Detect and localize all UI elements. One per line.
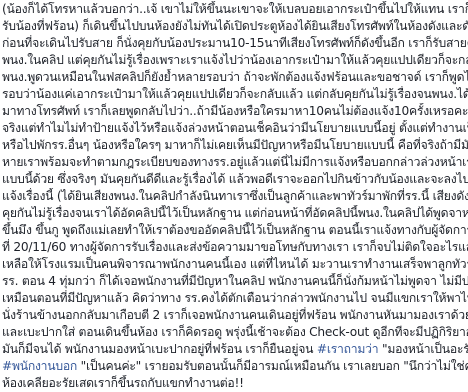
post-body: (น้องก็ได้โทรหาแล้วบอกว่า..เจ้ เขาไม่ให้… — [2, 1, 468, 358]
post-text-line: หายเราพร้อมจะทำตามกฎระเบียบของทางรร.อยู่… — [2, 154, 468, 171]
post-text-line: มันก็มีจนได้ พนักงานมองหน้าเบะปากอยู่ที่… — [2, 341, 468, 358]
post-text-segment: นั่งร้านข้างนอกกลับมาเกือบตี 2 เราก็เจอพ… — [2, 308, 468, 322]
post-text-segment: รับน้องที่ฟร้อน) ก็เดินขึ้นไปบนห้องยังไม… — [2, 19, 468, 33]
post-text-segment: แบบนี้ด้วย ซึ่งจริงๆ มันคุยกันดีดีและรู้… — [2, 172, 468, 186]
post-text-line: เหมือนตอนที่มีปัญหาแล้ว คิดว่าทาง รร.คงไ… — [2, 290, 468, 307]
post-text-line: คุยกันไม่รู้เรื่องจนเราได้อัดคลิปนี้ไว้เ… — [2, 205, 468, 222]
post-text-segment: มาทางโทรศัพท์ เราก็เลยพูดกลับไปว่า..ถ้าม… — [2, 104, 468, 118]
post-text-line: รับน้องที่ฟร้อน) ก็เดินขึ้นไปบนห้องยังไม… — [2, 18, 468, 35]
post-text-segment: หรือไปพักรร.อื่นๆ น้องหรือใครๆ มาหาก็ไม่… — [2, 138, 468, 152]
post-text-segment: แจ้งเรื่องนี้ (ได้ยินเสียงพนง.ในคลิปกำลั… — [2, 189, 468, 203]
post-text-line: รอบว่าน้องแค่เอากระเป๋ามาให้แล้วคุยแปปเด… — [2, 86, 468, 103]
post-text-segment: คุยกันไม่รู้เรื่องจนเราได้อัดคลิปนี้ไว้เ… — [2, 206, 468, 220]
post-text-segment: เหมือนตอนที่มีปัญหาแล้ว คิดว่าทาง รร.คงไ… — [2, 291, 468, 305]
post-text-line: นั่งร้านข้างนอกกลับมาเกือบตี 2 เราก็เจอพ… — [2, 307, 468, 324]
post-text-line: รร. ตอน 4 ทุ่มกว่า ก็ได้เจอพนักงานที่มีป… — [2, 273, 468, 290]
post-text-line: และเบะปากใส่ ตอนเดินขึ้นห้อง เราก็คิดรอด… — [2, 324, 468, 341]
post-text-segment: มันก็มีจนได้ พนักงานมองหน้าเบะปากอยู่ที่… — [2, 342, 317, 356]
post-text-segment: เหลือให้โรงแรมเป็นคนพิจารณาพนักงานคนนี้เ… — [2, 257, 468, 271]
post-text-line: หรือไปพักรร.อื่นๆ น้องหรือใครๆ มาหาก็ไม่… — [2, 137, 468, 154]
post-text-segment: รร. ตอน 4 ทุ่มกว่า ก็ได้เจอพนักงานที่มีป… — [2, 274, 468, 288]
post-text-line: เหลือให้โรงแรมเป็นคนพิจารณาพนักงานคนนี้เ… — [2, 256, 468, 273]
post-text-segment: พนง.ในคลิป แต่คุยกันไม่รู้เรื่องเพราะเรา… — [2, 53, 468, 67]
post-text-line: ก่อนที่จะเดินไปรับสาย ก็นั่งคุยกับน้องปร… — [2, 35, 468, 52]
post-text-line: พนง.พูดวนเหมือนในฟสคลิปก็ยังย้ำหลายรอบว่… — [2, 69, 468, 86]
hashtag-link[interactable]: #เราถามว่า — [317, 342, 378, 356]
post-text-segment: ขึ้นมึง ขึ้นกู พูดถึงแม่เลยทำให้เราต้องข… — [2, 223, 468, 237]
post-text-line: มาทางโทรศัพท์ เราก็เลยพูดกลับไปว่า..ถ้าม… — [2, 103, 468, 120]
post-text-segment: จริงแต่ทำไมไม่ทำป้ายแจ้งไว้หรือแจ้งล่วงห… — [2, 121, 468, 135]
post-text-segment: "มองหน้าเป็นอะรัยป้าวค่ะ" — [378, 342, 468, 356]
post-text-line: พนง.ในคลิป แต่คุยกันไม่รู้เรื่องเพราะเรา… — [2, 52, 468, 69]
post-text-segment: ที่ 20/11/60 ทางผู้จัดการรับเรื่องและส่ง… — [2, 240, 468, 254]
post-text-segment: ก่อนที่จะเดินไปรับสาย ก็นั่งคุยกับน้องปร… — [2, 36, 468, 50]
post-text-line: (น้องก็ได้โทรหาแล้วบอกว่า..เจ้ เขาไม่ให้… — [2, 1, 468, 18]
post-text-segment: รอบว่าน้องแค่เอากระเป๋ามาให้แล้วคุยแปปเด… — [2, 87, 468, 101]
post-text-line: ขึ้นมึง ขึ้นกู พูดถึงแม่เลยทำให้เราต้องข… — [2, 222, 468, 239]
post-text-line: ที่ 20/11/60 ทางผู้จัดการรับเรื่องและส่ง… — [2, 239, 468, 256]
post-text-line: จริงแต่ทำไมไม่ทำป้ายแจ้งไว้หรือแจ้งล่วงห… — [2, 120, 468, 137]
post-text-segment: และเบะปากใส่ ตอนเดินขึ้นห้อง เราก็คิดรอด… — [2, 325, 468, 339]
post-text-segment: พนง.พูดวนเหมือนในฟสคลิปก็ยังย้ำหลายรอบว่… — [2, 70, 468, 84]
post-text-line: แบบนี้ด้วย ซึ่งจริงๆ มันคุยกันดีดีและรู้… — [2, 171, 468, 188]
post-text-segment: (น้องก็ได้โทรหาแล้วบอกว่า..เจ้ เขาไม่ให้… — [2, 2, 468, 16]
post-text-segment: หายเราพร้อมจะทำตามกฎระเบียบของทางรร.อยู่… — [2, 155, 468, 169]
post-text-line: แจ้งเรื่องนี้ (ได้ยินเสียงพนง.ในคลิปกำลั… — [2, 188, 468, 205]
